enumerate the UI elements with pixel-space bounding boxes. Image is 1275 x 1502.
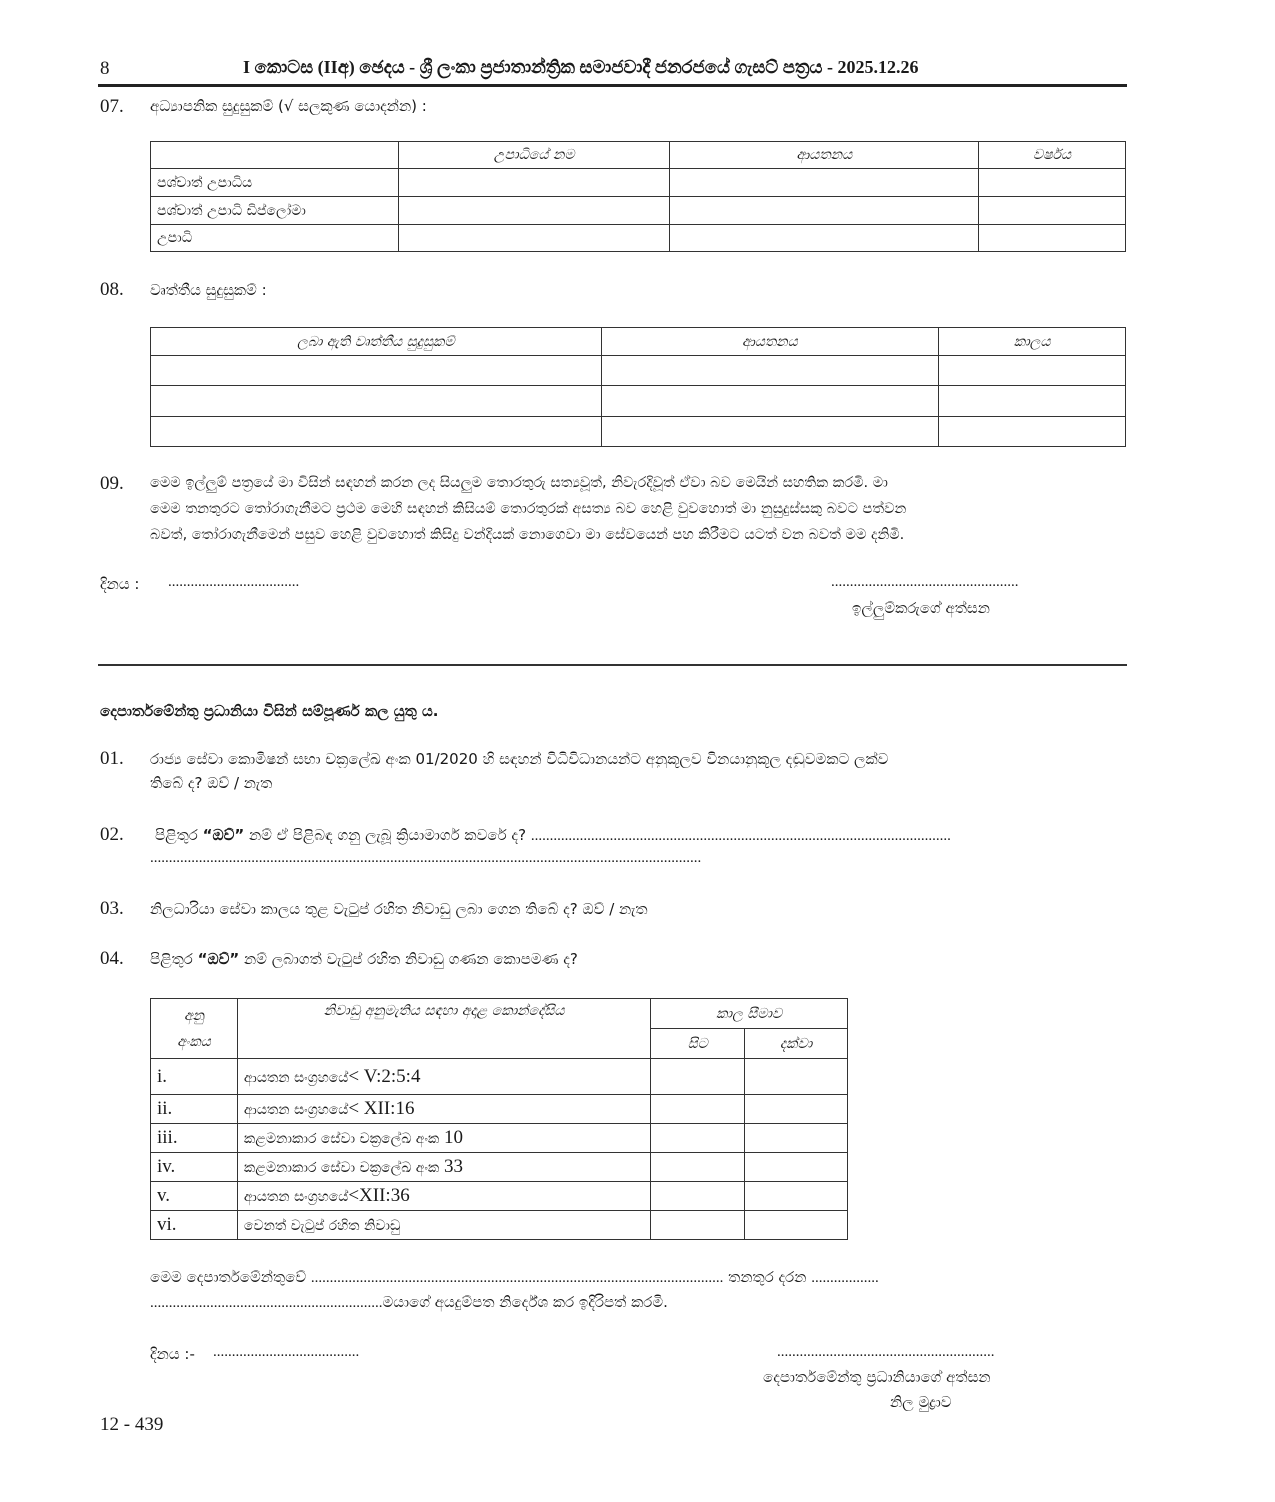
leave-condition-text: කළමනාකාර සේවා චක්‍රලේඛ අංක <box>244 1160 439 1176</box>
q02-text-prefix: පිළිතුර <box>155 826 203 844</box>
leave-serial: ii. <box>151 1095 238 1124</box>
applicant-date-label: දිනය : <box>100 575 139 593</box>
leave-to-cell[interactable] <box>745 1211 848 1240</box>
professional-cell[interactable] <box>601 417 939 447</box>
q02-number: 02. <box>100 824 124 846</box>
declaration-line-2: මෙම තනතුරට තෝරාගැනීමට ප්‍රථම මෙහි සඳහන් … <box>150 496 1126 522</box>
professional-col-qualification: ලබා ඇති වෘත්තීය සුදුසුකම් <box>151 328 602 356</box>
leave-condition-code: 10 <box>439 1127 463 1148</box>
applicant-signature-field[interactable]: ........................................… <box>831 574 1083 591</box>
education-cell[interactable] <box>398 169 670 197</box>
leave-to-cell[interactable] <box>745 1124 848 1153</box>
leave-condition-code: < XII:16 <box>348 1098 414 1119</box>
leave-serial: vi. <box>151 1211 238 1240</box>
leave-condition-text: ආයතන සංග්‍රහයේ <box>244 1189 348 1205</box>
leave-serial: iii. <box>151 1124 238 1153</box>
education-row-label: උපාධි <box>151 225 399 252</box>
q02-answer-field[interactable]: ........................................… <box>531 828 951 844</box>
leave-to-cell[interactable] <box>745 1153 848 1182</box>
section-08-title: වෘත්තීය සුදුසුකම් : <box>150 281 267 299</box>
page-number: 8 <box>100 58 110 80</box>
education-row-label: පශ්චාත් උපාධි ඩිප්ලෝමා <box>151 197 399 225</box>
leave-to-cell[interactable] <box>745 1182 848 1211</box>
professional-cell[interactable] <box>939 386 1126 417</box>
leave-col-serial-line-1: අනු <box>157 1003 231 1029</box>
leave-condition: කළමනාකාර සේවා චක්‍රලේඛ අංක 33 <box>237 1153 650 1182</box>
applicant-signature-label: ඉල්ලුම්කරුගේ අත්සන <box>852 599 990 617</box>
q03-text: නිලධාරියා සේවා කාලය තුළ වැටුප් රහිත නිවා… <box>150 900 648 918</box>
education-cell[interactable] <box>398 225 670 252</box>
head-signature-field[interactable]: ........................................… <box>777 1344 1069 1361</box>
q02-text-suffix: නම් ඒ පිළිබඳ ගනු ලැබූ ක්‍රියාමාර්ග කවරේ … <box>244 826 531 844</box>
leave-col-serial: අනු අංකය <box>151 999 238 1059</box>
header-rule <box>98 84 1127 87</box>
leave-condition: ආයතන සංග්‍රහයේ< XII:16 <box>237 1095 650 1124</box>
table-row: v. ආයතන සංග්‍රහයේ<XII:36 <box>151 1182 848 1211</box>
leave-to-cell[interactable] <box>745 1095 848 1124</box>
head-date-field[interactable]: ....................................... <box>213 1344 418 1361</box>
table-row: පශ්චාත් උපාධිය <box>151 169 1126 197</box>
leave-col-to: දක්වා <box>745 1029 848 1059</box>
education-cell[interactable] <box>670 169 979 197</box>
q02-text-yes: “ඔව්” <box>203 826 245 844</box>
q02-answer-field-2[interactable]: ........................................… <box>150 850 1126 867</box>
leave-condition: කළමනාකාර සේවා චක්‍රලේඛ අංක 10 <box>237 1124 650 1153</box>
table-row <box>151 386 1126 417</box>
table-row: vi. වෙනත් වැටුප් රහිත නිවාඩු <box>151 1211 848 1240</box>
official-seal-label: නිල මුද්‍රාව <box>890 1393 952 1411</box>
declaration-line-3: බවත්, තෝරාගැනීමෙන් පසුව හෙළි වුවහොත් කිස… <box>150 522 1126 548</box>
leave-from-cell[interactable] <box>651 1124 745 1153</box>
table-row: iii. කළමනාකාර සේවා චක්‍රලේඛ අංක 10 <box>151 1124 848 1153</box>
table-row: iv. කළමනාකාර සේවා චක්‍රලේඛ අංක 33 <box>151 1153 848 1182</box>
recommend-text-a: මෙම දෙපාර්තමේන්තුවේ <box>150 1268 311 1286</box>
professional-cell[interactable] <box>939 417 1126 447</box>
education-col-degree-name: උපාධියේ නම <box>398 142 670 169</box>
professional-cell[interactable] <box>601 386 939 417</box>
table-row <box>151 356 1126 386</box>
leave-col-serial-line-2: අංකය <box>157 1029 231 1055</box>
table-row <box>151 417 1126 447</box>
education-cell[interactable] <box>670 225 979 252</box>
education-col-blank <box>151 142 399 169</box>
recommend-department-field[interactable]: ........................................… <box>311 1270 724 1286</box>
section-divider <box>98 664 1127 666</box>
leave-from-cell[interactable] <box>651 1211 745 1240</box>
leave-condition-text: ආයතන සංග්‍රහයේ <box>244 1102 348 1118</box>
leave-condition-code: 33 <box>439 1156 463 1177</box>
education-cell[interactable] <box>979 169 1126 197</box>
gazette-header-title: I කොටස (IIඅ) ඡෙදය - ශ්‍රී ලංකා ප්‍රජාතාන… <box>243 57 918 78</box>
recommend-line-2: ........................................… <box>150 1293 668 1312</box>
footer-code: 12 - 439 <box>100 1414 163 1436</box>
leave-condition-code: <XII:36 <box>348 1185 409 1206</box>
leave-condition-text: වෙනත් වැටුප් රහිත නිවාඩු <box>244 1218 400 1234</box>
applicant-date-field[interactable]: ................................... <box>168 574 348 591</box>
q04-number: 04. <box>100 948 124 970</box>
q01-line-2: තිබේ ද? ඔව් / නැත <box>150 774 272 792</box>
table-row: i. ආයතන සංග්‍රහයේ< V:2:5:4 <box>151 1059 848 1095</box>
q02-line-1: පිළිතුර “ඔව්” නම් ඒ පිළිබඳ ගනු ලැබූ ක්‍ර… <box>155 826 1125 845</box>
leave-from-cell[interactable] <box>651 1059 745 1095</box>
education-cell[interactable] <box>979 197 1126 225</box>
leave-from-cell[interactable] <box>651 1182 745 1211</box>
leave-condition: ආයතන සංග්‍රහයේ< V:2:5:4 <box>237 1059 650 1095</box>
leave-from-cell[interactable] <box>651 1153 745 1182</box>
education-cell[interactable] <box>670 197 979 225</box>
leave-condition: වෙනත් වැටුප් රහිත නිවාඩු <box>237 1211 650 1240</box>
declaration-line-1: මෙම ඉල්ලුම් පත්‍රයේ මා විසින් සඳහන් කරන … <box>150 470 1126 496</box>
head-date-label: දිනය :- <box>150 1345 195 1363</box>
leave-col-period: කාල සීමාව <box>651 999 848 1029</box>
section-09-number: 09. <box>100 473 124 495</box>
education-col-year: වර්ෂය <box>979 142 1126 169</box>
table-row: උපාධි <box>151 225 1126 252</box>
head-signature-label: දෙපාර්තමේන්තු ප්‍රධානියාගේ අත්සන <box>763 1368 991 1386</box>
section-07-number: 07. <box>100 96 124 118</box>
q04-text: පිළිතුර “ඔව්” නම් ලබාගත් වැටුප් රහිත නිව… <box>150 950 578 968</box>
q01-number: 01. <box>100 748 124 770</box>
professional-cell[interactable] <box>151 356 602 386</box>
leave-table: අනු අංකය නිවාඩු අනුමැතිය සඳහා අදාළ කොන්ද… <box>150 998 848 1240</box>
q04-text-suffix: නම් ලබාගත් වැටුප් රහිත නිවාඩු ගණන කොපමණ … <box>239 950 578 968</box>
professional-cell[interactable] <box>151 417 602 447</box>
leave-col-condition: නිවාඩු අනුමැතිය සඳහා අදාළ කොන්දේසිය <box>237 999 650 1059</box>
leave-condition-code: < V:2:5:4 <box>348 1066 420 1087</box>
education-table: උපාධියේ නම ආයතනය වර්ෂය පශ්චාත් උපාධිය පශ… <box>150 141 1126 252</box>
table-row: පශ්චාත් උපාධි ඩිප්ලෝමා <box>151 197 1126 225</box>
declaration-paragraph: මෙම ඉල්ලුම් පත්‍රයේ මා විසින් සඳහන් කරන … <box>150 470 1126 548</box>
leave-col-from: සිට <box>651 1029 745 1059</box>
recommend-name-field[interactable]: ........................................… <box>150 1295 383 1311</box>
q04-text-prefix: පිළිතුර <box>150 950 198 968</box>
professional-cell[interactable] <box>151 386 602 417</box>
section-08-number: 08. <box>100 279 124 301</box>
professional-col-institute: ආයතනය <box>601 328 939 356</box>
professional-cell[interactable] <box>939 356 1126 386</box>
leave-condition-text: ආයතන සංග්‍රහයේ <box>244 1070 348 1086</box>
section-07-title: අධ්‍යාපනික සුදුසුකම් (√ සලකුණ යොදන්න) : <box>150 97 427 115</box>
leave-condition-text: කළමනාකාර සේවා චක්‍රලේඛ අංක <box>244 1131 439 1147</box>
professional-table: ලබා ඇති වෘත්තීය සුදුසුකම් ආයතනය කාලය <box>150 327 1126 447</box>
q01-line-1: රාජ්‍ය සේවා කොමිෂන් සභා චක්‍රලේඛ අංක 01/… <box>150 750 1126 768</box>
leave-serial: iv. <box>151 1153 238 1182</box>
recommend-text-c: මයාගේ අයදුම්පත නිර්දේශ කර ඉදිරිපත් කරමි. <box>383 1293 668 1311</box>
leave-serial: v. <box>151 1182 238 1211</box>
q04-text-yes: “ඔව්” <box>198 950 240 968</box>
professional-cell[interactable] <box>601 356 939 386</box>
education-cell[interactable] <box>398 197 670 225</box>
leave-from-cell[interactable] <box>651 1095 745 1124</box>
recommend-post-field[interactable]: .................. <box>811 1270 879 1286</box>
education-cell[interactable] <box>979 225 1126 252</box>
table-row: ii. ආයතන සංග්‍රහයේ< XII:16 <box>151 1095 848 1124</box>
recommend-text-b: තනතුර දරන <box>723 1268 811 1286</box>
leave-condition: ආයතන සංග්‍රහයේ<XII:36 <box>237 1182 650 1211</box>
head-section-title: දෙපාර්තමේන්තු ප්‍රධානියා විසින් සම්පූර්ණ… <box>100 702 438 720</box>
education-col-institute: ආයතනය <box>670 142 979 169</box>
recommend-line-1: මෙම දෙපාර්තමේන්තුවේ ....................… <box>150 1268 1126 1287</box>
leave-to-cell[interactable] <box>745 1059 848 1095</box>
leave-serial: i. <box>151 1059 238 1095</box>
professional-col-period: කාලය <box>939 328 1126 356</box>
q03-number: 03. <box>100 898 124 920</box>
education-row-label: පශ්චාත් උපාධිය <box>151 169 399 197</box>
